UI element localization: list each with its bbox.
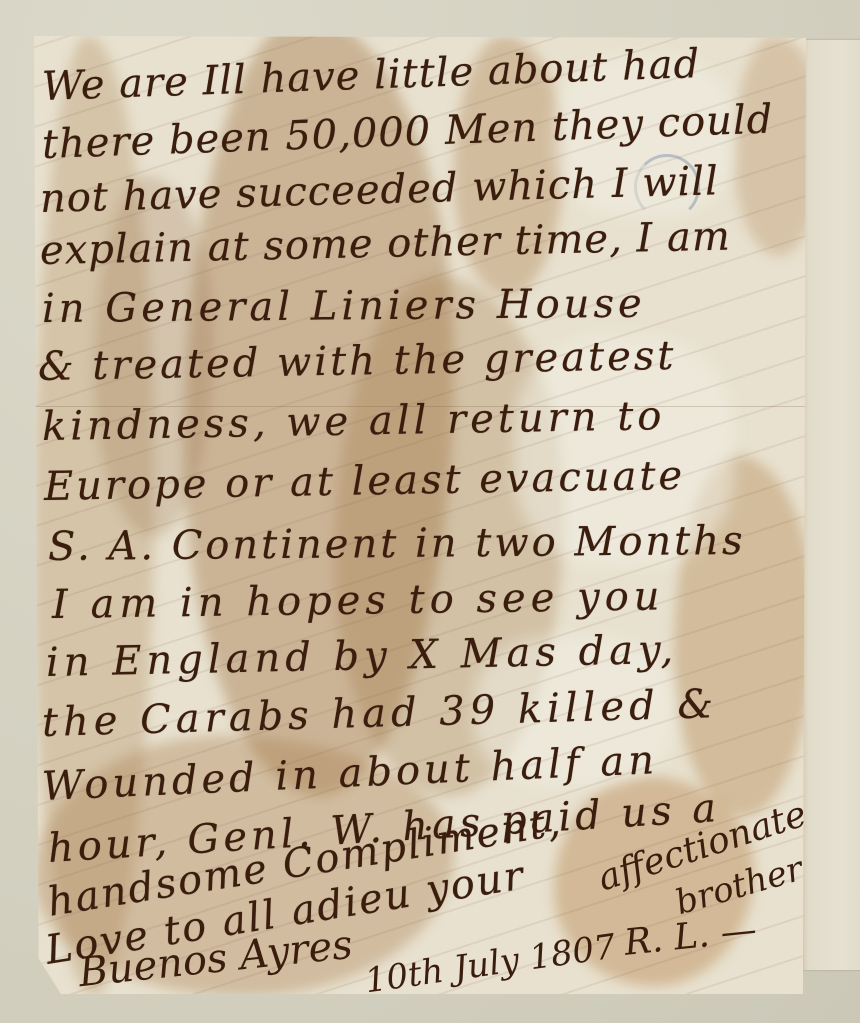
- letter-line-5: in General Liniers House: [42, 281, 646, 332]
- letter-line-10: I am in hopes to see you: [52, 573, 665, 628]
- letter-line-9: S. A. Continent in two Months: [48, 518, 746, 570]
- letter-page: We are Ill have little about had there b…: [34, 36, 806, 994]
